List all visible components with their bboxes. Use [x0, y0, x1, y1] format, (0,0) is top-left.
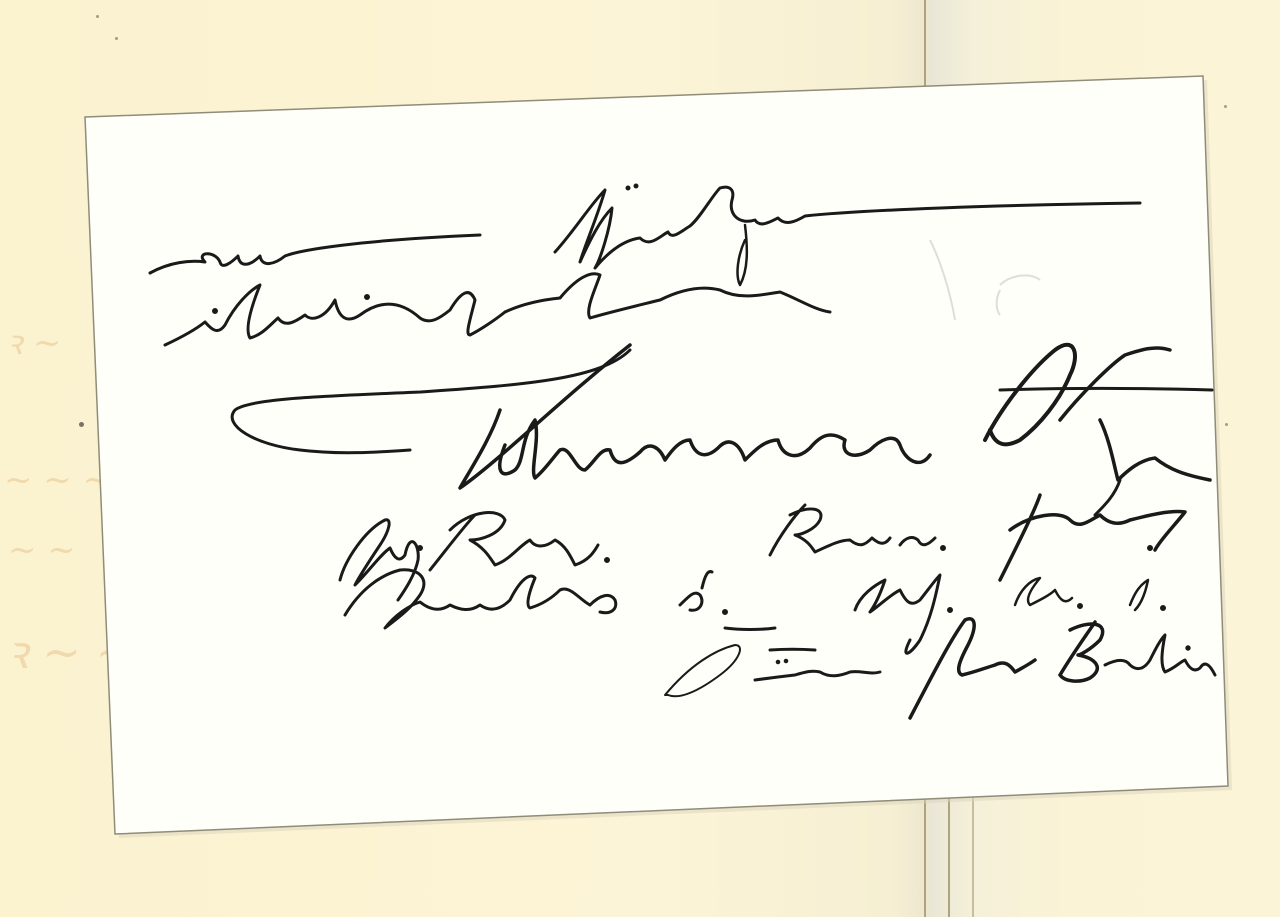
dust-speck [1224, 105, 1227, 108]
book-gutter-line-lower-2 [972, 790, 974, 917]
dust-speck [1225, 423, 1228, 426]
dust-speck [79, 422, 84, 427]
dust-speck [115, 37, 118, 40]
book-gutter-line [924, 0, 926, 917]
dust-speck [96, 15, 99, 18]
book-gutter-line-lower [948, 790, 950, 917]
book-page-left [0, 0, 930, 917]
book-page-right [930, 0, 1280, 917]
